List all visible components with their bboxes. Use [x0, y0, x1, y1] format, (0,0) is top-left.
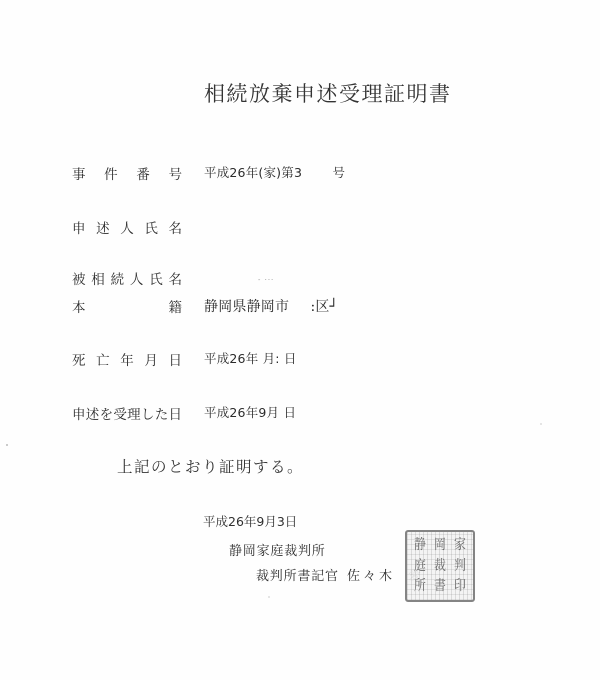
label-char: 件 [104, 163, 118, 183]
label-char: 申 [72, 403, 86, 423]
label-char: 理 [127, 403, 141, 423]
seal-char: 所 [412, 576, 429, 597]
domicile-suffix: :区┘ [311, 299, 339, 315]
acceptance-date-value: 平成26年9月 [204, 405, 279, 420]
label-char: 本 [72, 296, 86, 316]
clerk-title: 裁判所書記官 [256, 565, 339, 584]
certification-statement: 上記のとおり証明する。 [117, 455, 304, 477]
label-char: 人 [120, 217, 134, 237]
official-seal-stamp: 静 岡 家 庭 裁 判 所 書 印 [405, 530, 475, 602]
label-char: 人 [130, 268, 144, 288]
seal-char: 判 [452, 556, 469, 577]
court-name: 静岡家庭裁判所 [229, 540, 326, 559]
label-char: 申 [72, 217, 86, 237]
seal-char: 静 [412, 535, 429, 556]
seal-char: 家 [452, 535, 469, 556]
label-char: た [155, 403, 169, 423]
case-number-value: 平成26年(家)第3 [204, 165, 302, 180]
label-char: 名 [168, 268, 182, 288]
clerk-surname: 佐々木 [347, 569, 395, 584]
label-char: 番 [136, 163, 150, 183]
seal-char: 庭 [412, 556, 429, 577]
label-char: 被 [72, 268, 86, 288]
date-of-death-suffix: 日 [284, 351, 297, 366]
label-char: 氏 [144, 217, 158, 237]
label-char: 続 [111, 268, 125, 288]
field-label: 死 亡 年 月 日 [72, 349, 182, 369]
label-char: 年 [120, 349, 134, 369]
field-label: 被 相 続 人 氏 名 [72, 268, 182, 288]
field-value: 平成26年(家)第3 号 [204, 163, 345, 181]
field-value: 平成26年 月: 日 [204, 349, 297, 367]
label-char: 述 [96, 217, 110, 237]
field-value: 静岡県静岡市 :区┘ [204, 296, 338, 316]
case-number-suffix: 号 [333, 165, 346, 180]
label-char: 日 [169, 349, 183, 369]
seal-char: 書 [432, 576, 449, 597]
field-label: 申 述 を 受 理 し た 日 [72, 403, 182, 423]
field-label: 本 籍 [72, 296, 182, 316]
seal-char: 裁 [432, 556, 449, 577]
seal-char: 岡 [432, 535, 449, 556]
seal-char: 印 [452, 576, 469, 597]
label-char: 氏 [149, 268, 163, 288]
field-label: 申 述 人 氏 名 [72, 217, 182, 237]
document-title: 相続放棄申述受理証明書 [204, 78, 452, 108]
scan-speck [6, 444, 8, 446]
label-char: 述 [86, 403, 100, 423]
label-char: 号 [168, 163, 182, 183]
label-char: 月 [144, 349, 158, 369]
field-label: 事 件 番 号 [72, 163, 182, 183]
label-char: し [141, 403, 155, 423]
label-char: 受 [113, 403, 127, 423]
label-char: 亡 [96, 349, 110, 369]
date-of-death-value: 平成26年 月: [204, 351, 280, 366]
label-char: 日 [168, 403, 182, 423]
label-char: 名 [169, 217, 183, 237]
scan-speck [540, 423, 542, 425]
scan-speck [268, 596, 270, 598]
acceptance-date-suffix: 日 [283, 405, 296, 420]
label-char: 事 [72, 163, 86, 183]
label-char: 籍 [169, 296, 183, 316]
certificate-page: 相続放棄申述受理証明書 事 件 番 号 平成26年(家)第3 号 申 述 人 氏… [0, 0, 600, 680]
label-char: を [100, 403, 114, 423]
redaction-residue: - ··· [258, 276, 274, 284]
label-char: 死 [72, 349, 86, 369]
field-value: 平成26年9月 日 [204, 403, 296, 421]
domicile-value: 静岡県静岡市 [204, 299, 289, 315]
label-char: 相 [91, 268, 105, 288]
issue-date: 平成26年9月3日 [203, 512, 297, 530]
